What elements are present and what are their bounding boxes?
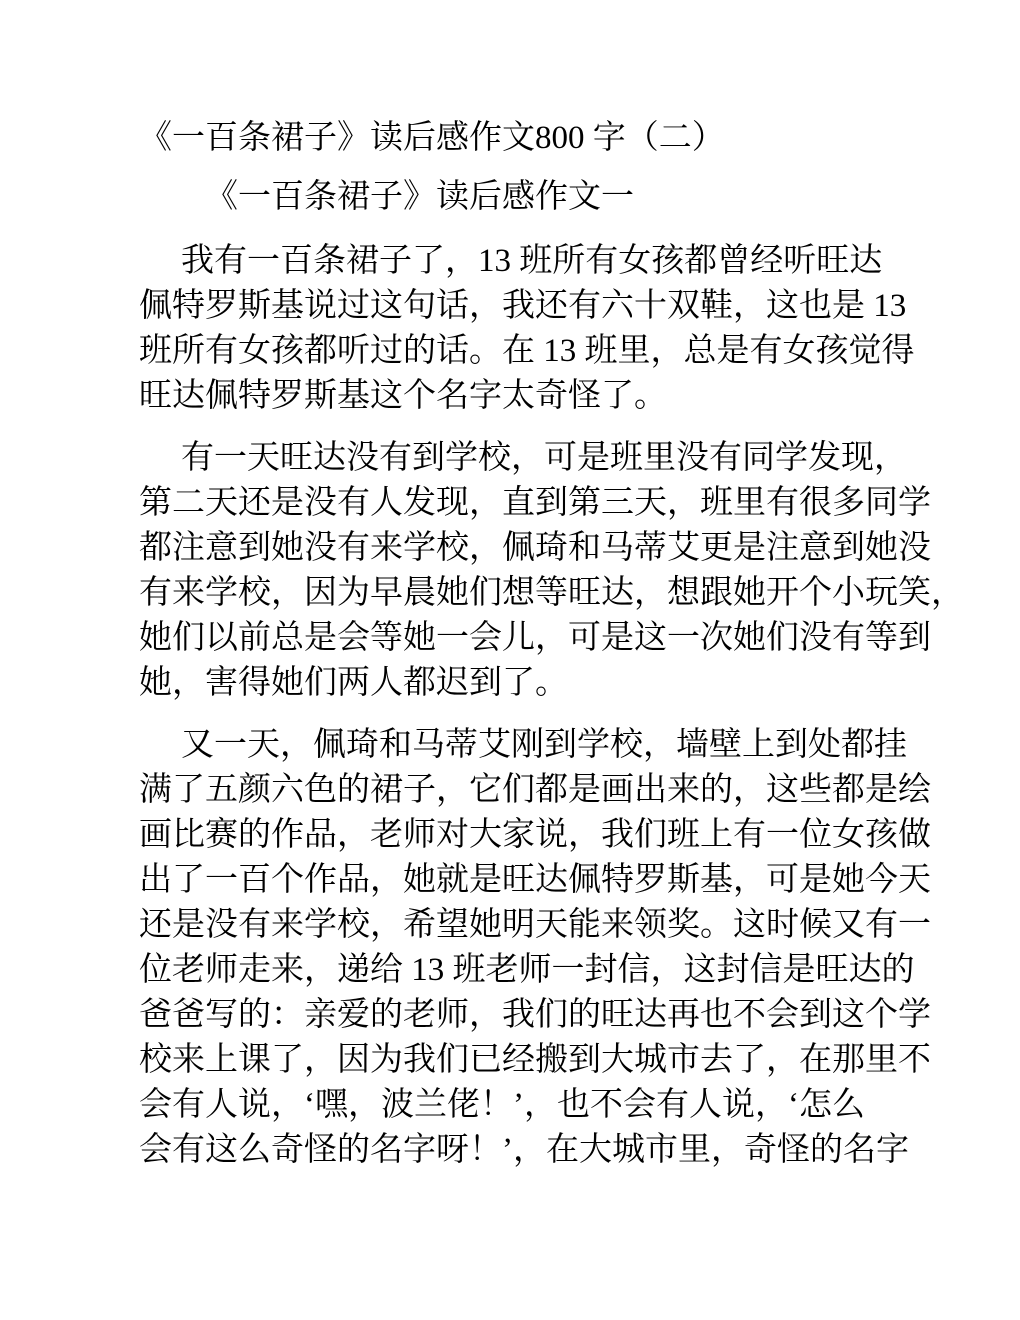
- text-line: 旺达佩特罗斯基这个名字太奇怪了。: [139, 374, 887, 419]
- text-line: 我有一百条裙子了，13 班所有女孩都曾经听旺达: [139, 239, 887, 284]
- text-line: 会有这么奇怪的名字呀！’，在大城市里，奇怪的名字: [139, 1128, 887, 1173]
- document-page: 《一百条裙子》读后感作文800 字（二） 《一百条裙子》读后感作文一 我有一百条…: [0, 0, 1020, 1320]
- text-line: 位老师走来，递给 13 班老师一封信，这封信是旺达的: [139, 948, 887, 993]
- text-line: 都注意到她没有来学校，佩琦和马蒂艾更是注意到她没: [139, 526, 887, 571]
- document-body: 我有一百条裙子了，13 班所有女孩都曾经听旺达佩特罗斯基说过这句话，我还有六十双…: [139, 239, 887, 1173]
- text-line: 会有人说，‘嘿，波兰佬！’，也不会有人说，‘怎么: [139, 1083, 887, 1128]
- text-line: 第二天还是没有人发现，直到第三天，班里有很多同学: [139, 481, 887, 526]
- text-line: 佩特罗斯基说过这句话，我还有六十双鞋，这也是 13: [139, 284, 887, 329]
- paragraph: 又一天，佩琦和马蒂艾刚到学校，墙壁上到处都挂满了五颜六色的裙子，它们都是画出来的…: [139, 723, 887, 1173]
- text-line: 有来学校，因为早晨她们想等旺达，想跟她开个小玩笑，: [139, 571, 887, 616]
- text-line: 出了一百个作品，她就是旺达佩特罗斯基，可是她今天: [139, 858, 887, 903]
- text-line: 班所有女孩都听过的话。在 13 班里，总是有女孩觉得: [139, 329, 887, 374]
- text-line: 爸爸写的：亲爱的老师，我们的旺达再也不会到这个学: [139, 993, 887, 1038]
- document-title: 《一百条裙子》读后感作文800 字（二）: [139, 116, 887, 161]
- text-line: 又一天，佩琦和马蒂艾刚到学校，墙壁上到处都挂: [139, 723, 887, 768]
- document-subtitle: 《一百条裙子》读后感作文一: [139, 175, 887, 220]
- text-line: 还是没有来学校，希望她明天能来领奖。这时候又有一: [139, 903, 887, 948]
- paragraph: 有一天旺达没有到学校，可是班里没有同学发现，第二天还是没有人发现，直到第三天，班…: [139, 436, 887, 706]
- text-line: 有一天旺达没有到学校，可是班里没有同学发现，: [139, 436, 887, 481]
- text-line: 她，害得她们两人都迟到了。: [139, 661, 887, 706]
- text-line: 她们以前总是会等她一会儿，可是这一次她们没有等到: [139, 616, 887, 661]
- text-line: 校来上课了，因为我们已经搬到大城市去了，在那里不: [139, 1038, 887, 1083]
- text-line: 满了五颜六色的裙子，它们都是画出来的，这些都是绘: [139, 768, 887, 813]
- text-line: 画比赛的作品，老师对大家说，我们班上有一位女孩做: [139, 813, 887, 858]
- paragraph: 我有一百条裙子了，13 班所有女孩都曾经听旺达佩特罗斯基说过这句话，我还有六十双…: [139, 239, 887, 419]
